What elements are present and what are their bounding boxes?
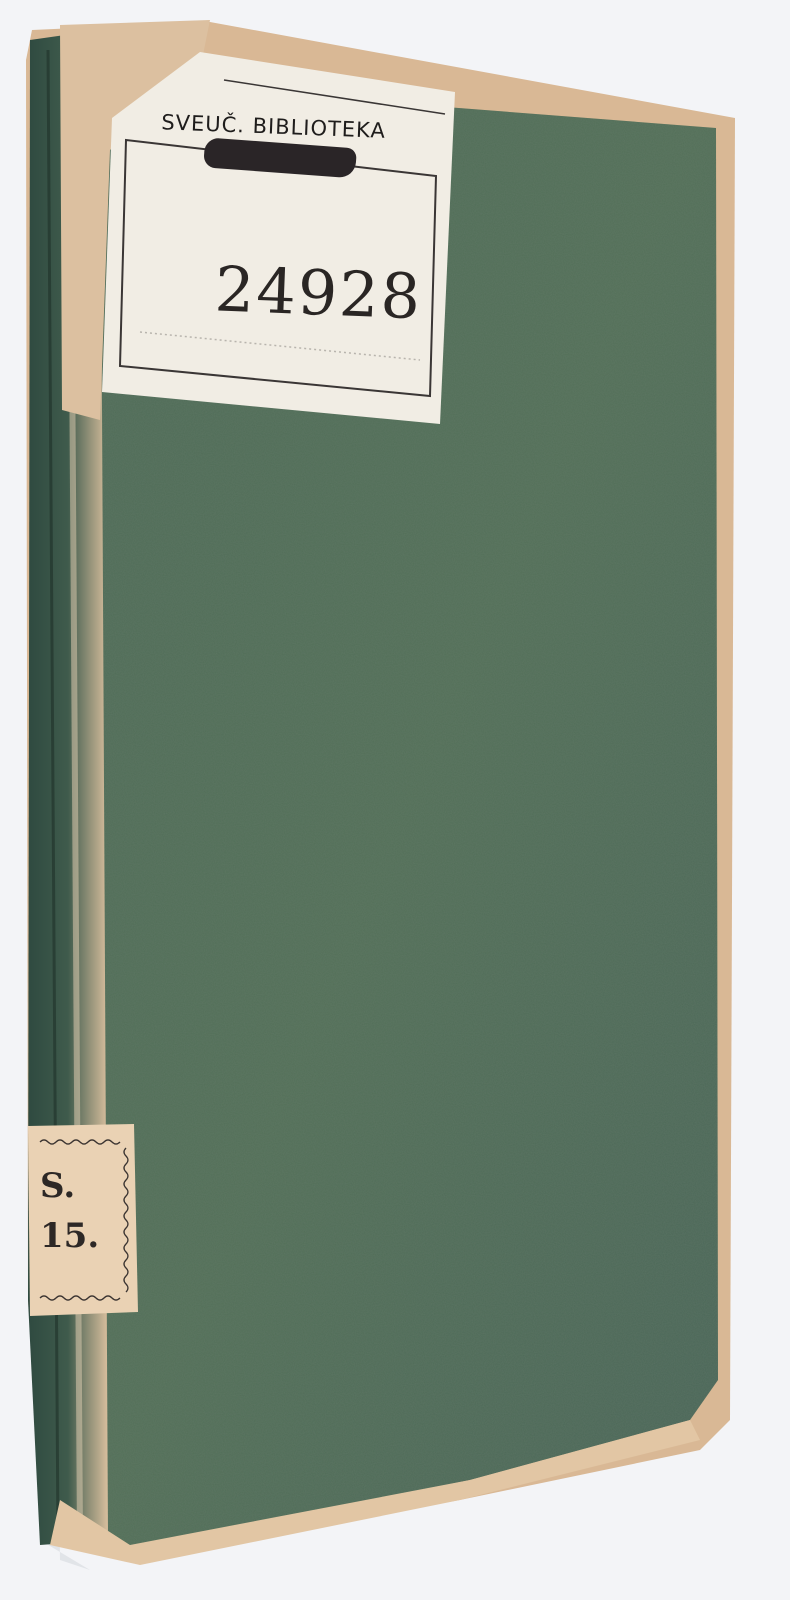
library-label-title: SVEUČ. BIBLIOTEKA [161, 110, 386, 143]
library-shelf-number: 24928 [214, 252, 424, 333]
redacted-city-stamp [203, 137, 357, 178]
spine-label: S. 15. [28, 1128, 136, 1314]
library-label: SVEUČ. BIBLIOTEKA 24928 [90, 52, 456, 437]
spine-label-number: 15. [40, 1216, 99, 1256]
photo-scene: SVEUČ. BIBLIOTEKA 24928 S. 15. [0, 0, 790, 1600]
book: SVEUČ. BIBLIOTEKA 24928 S. 15. [0, 0, 790, 1600]
spine-label-series: S. [40, 1166, 75, 1206]
